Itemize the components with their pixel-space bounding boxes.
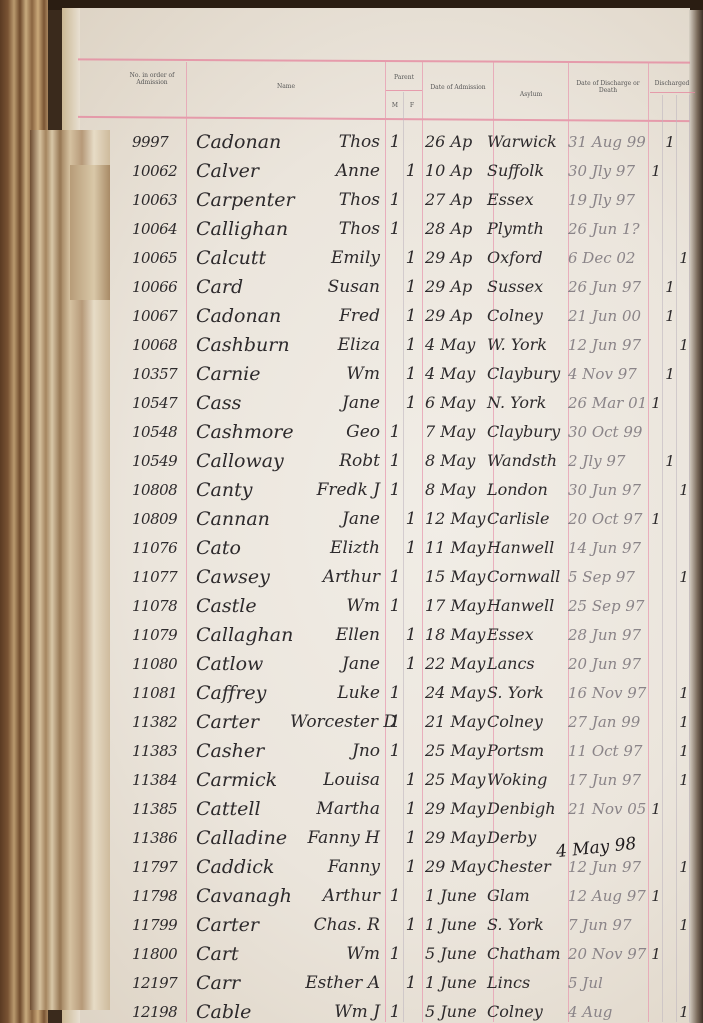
header-date-discharge: Date of Discharge or Death	[570, 80, 646, 94]
admission-date: 8 May	[425, 447, 487, 475]
asylum-from: N. York	[487, 389, 573, 417]
table-row: 10067CadonanFred129 ApColney21 Jun 001	[0, 302, 703, 330]
admission-date: 17 May	[425, 592, 487, 620]
parent-m-mark: 1	[388, 563, 402, 591]
parent-m-mark: 1	[388, 128, 402, 156]
asylum-from: S. York	[487, 911, 573, 939]
header-parent: Parent	[386, 74, 422, 81]
discharged-mark-1: 1	[650, 795, 662, 823]
discharged-mark-3: 1	[678, 766, 690, 794]
admission-date: 4 May	[425, 331, 487, 359]
discharge-date: 27 Jan 99	[568, 708, 648, 736]
discharge-date: 14 Jun 97	[568, 534, 648, 562]
discharge-date: 16 Nov 97	[568, 679, 648, 707]
admission-date: 24 May	[425, 679, 487, 707]
discharged-mark-1: 1	[650, 940, 662, 968]
entry-number: 11081	[132, 679, 196, 707]
admission-date: 11 May	[425, 534, 487, 562]
parent-f-mark: 1	[404, 795, 418, 823]
admission-date: 28 Ap	[425, 215, 487, 243]
admission-date: 25 May	[425, 766, 487, 794]
table-row: 10062CalverAnne110 ApSuffolk30 Jly 971	[0, 157, 703, 185]
table-row: 11080CatlowJane122 MayLancs20 Jun 97	[0, 650, 703, 678]
discharge-date: 30 Oct 99	[568, 418, 648, 446]
parent-f-mark: 1	[404, 824, 418, 852]
discharge-date: 20 Jun 97	[568, 650, 648, 678]
discharge-date: 26 Jun 1?	[568, 215, 648, 243]
discharged-subrule	[650, 92, 695, 93]
entry-number: 10547	[132, 389, 196, 417]
entry-number: 11797	[132, 853, 196, 881]
admission-date: 8 May	[425, 476, 487, 504]
given-name: Fanny	[290, 853, 380, 881]
parent-f-mark: 1	[404, 389, 418, 417]
given-name: Jno	[290, 737, 380, 765]
entry-number: 10063	[132, 186, 196, 214]
discharge-date: 20 Oct 97	[568, 505, 648, 533]
admission-date: 25 May	[425, 737, 487, 765]
admission-date: 22 May	[425, 650, 487, 678]
table-row: 10548CashmoreGeo17 MayClaybury30 Oct 99	[0, 418, 703, 446]
admission-date: 15 May	[425, 563, 487, 591]
entry-number: 11385	[132, 795, 196, 823]
discharge-date: 7 Jun 97	[568, 911, 648, 939]
table-row: 11800CartWm15 JuneChatham20 Nov 971	[0, 940, 703, 968]
parent-m-mark: 1	[388, 882, 402, 910]
entry-number: 11076	[132, 534, 196, 562]
table-row: 11076CatoElizth111 MayHanwell14 Jun 97	[0, 534, 703, 562]
parent-m-mark: 1	[388, 679, 402, 707]
table-row: 10064CallighanThos128 ApPlymth26 Jun 1?	[0, 215, 703, 243]
given-name: Geo	[290, 418, 380, 446]
parent-f-mark: 1	[404, 360, 418, 388]
discharge-date: 26 Jun 97	[568, 273, 648, 301]
asylum-from: Colney	[487, 998, 573, 1023]
header-from: Asylum	[495, 91, 567, 98]
asylum-from: Suffolk	[487, 157, 573, 185]
asylum-from: Lancs	[487, 650, 573, 678]
entry-number: 10065	[132, 244, 196, 272]
table-row: 11799CarterChas. R11 JuneS. York7 Jun 97…	[0, 911, 703, 939]
parent-m-mark: 1	[388, 708, 402, 736]
asylum-from: Woking	[487, 766, 573, 794]
parent-f-mark: 1	[404, 534, 418, 562]
discharge-date: 6 Dec 02	[568, 244, 648, 272]
entry-number: 10066	[132, 273, 196, 301]
discharged-mark-3: 1	[678, 737, 690, 765]
discharged-mark-3: 1	[678, 708, 690, 736]
entry-number: 11080	[132, 650, 196, 678]
entry-number: 11078	[132, 592, 196, 620]
discharge-date: 4 Aug	[568, 998, 648, 1023]
header-parent-m: M	[388, 102, 402, 109]
given-name: Thos	[290, 128, 380, 156]
discharged-mark-3: 1	[678, 998, 690, 1023]
entry-number: 10062	[132, 157, 196, 185]
given-name: Worcester D	[290, 708, 380, 736]
admission-date: 1 June	[425, 882, 487, 910]
discharge-date: 2 Jly 97	[568, 447, 648, 475]
entry-number: 11800	[132, 940, 196, 968]
given-name: Jane	[290, 389, 380, 417]
discharge-date: 12 Jun 97	[568, 331, 648, 359]
discharge-date: 5 Sep 97	[568, 563, 648, 591]
table-row: 11798CavanaghArthur11 JuneGlam12 Aug 971	[0, 882, 703, 910]
given-name: Wm	[290, 360, 380, 388]
given-name: Esther A	[290, 969, 380, 997]
entry-number: 10808	[132, 476, 196, 504]
given-name: Luke	[290, 679, 380, 707]
admission-date: 10 Ap	[425, 157, 487, 185]
table-row: 10066CardSusan129 ApSussex26 Jun 971	[0, 273, 703, 301]
asylum-from: Claybury	[487, 418, 573, 446]
given-name: Jane	[290, 505, 380, 533]
header-name: Name	[188, 83, 384, 90]
discharged-mark-2: 1	[664, 273, 676, 301]
given-name: Arthur	[290, 563, 380, 591]
parent-m-mark: 1	[388, 476, 402, 504]
header-discharged: Discharged	[650, 80, 694, 87]
parent-f-mark: 1	[404, 244, 418, 272]
given-name: Chas. R	[290, 911, 380, 939]
admission-date: 29 May	[425, 853, 487, 881]
asylum-from: Glam	[487, 882, 573, 910]
admission-date: 27 Ap	[425, 186, 487, 214]
table-row: 11079CallaghanEllen118 MayEssex28 Jun 97	[0, 621, 703, 649]
parent-f-mark: 1	[404, 650, 418, 678]
parent-f-mark: 1	[404, 273, 418, 301]
discharged-mark-3: 1	[678, 911, 690, 939]
table-row: 9997CadonanThos126 ApWarwick31 Aug 991	[0, 128, 703, 156]
admission-date: 5 June	[425, 998, 487, 1023]
entry-number: 11077	[132, 563, 196, 591]
given-name: Wm	[290, 592, 380, 620]
discharge-date: 28 Jun 97	[568, 621, 648, 649]
asylum-from: Hanwell	[487, 592, 573, 620]
parent-m-mark: 1	[388, 592, 402, 620]
asylum-from: Colney	[487, 708, 573, 736]
given-name: Thos	[290, 186, 380, 214]
table-row: 10068CashburnEliza14 MayW. York12 Jun 97…	[0, 331, 703, 359]
discharge-date: 11 Oct 97	[568, 737, 648, 765]
admission-date: 4 May	[425, 360, 487, 388]
discharged-mark-3: 1	[678, 853, 690, 881]
asylum-from: Portsm	[487, 737, 573, 765]
asylum-from: Hanwell	[487, 534, 573, 562]
parent-m-mark: 1	[388, 998, 402, 1023]
given-name: Fanny H	[290, 824, 380, 852]
discharged-mark-3: 1	[678, 244, 690, 272]
table-row: 11081CaffreyLuke124 MayS. York16 Nov 971	[0, 679, 703, 707]
table-row: 10549CallowayRobt18 MayWandsth2 Jly 971	[0, 447, 703, 475]
discharge-date: 5 Jul	[568, 969, 648, 997]
discharge-date: 4 Nov 97	[568, 360, 648, 388]
table-row: 12198CableWm J15 JuneColney4 Aug1	[0, 998, 703, 1023]
entry-number: 11798	[132, 882, 196, 910]
discharge-date: 31 Aug 99	[568, 128, 648, 156]
table-row: 10809CannanJane112 MayCarlisle20 Oct 971	[0, 505, 703, 533]
given-name: Arthur	[290, 882, 380, 910]
parent-m-mark: 1	[388, 737, 402, 765]
table-row: 10065CalcuttEmily129 ApOxford6 Dec 021	[0, 244, 703, 272]
parent-f-mark: 1	[404, 853, 418, 881]
given-name: Robt	[290, 447, 380, 475]
discharged-mark-1: 1	[650, 389, 662, 417]
asylum-from: S. York	[487, 679, 573, 707]
given-name: Emily	[290, 244, 380, 272]
discharge-date: 21 Nov 05	[568, 795, 648, 823]
discharge-date: 21 Jun 00	[568, 302, 648, 330]
entry-number: 10064	[132, 215, 196, 243]
admission-date: 18 May	[425, 621, 487, 649]
discharge-date: 17 Jun 97	[568, 766, 648, 794]
entry-number: 10068	[132, 331, 196, 359]
discharge-date: 30 Jly 97	[568, 157, 648, 185]
table-row: 10357CarnieWm14 MayClaybury4 Nov 971	[0, 360, 703, 388]
entry-number: 10809	[132, 505, 196, 533]
admission-date: 29 Ap	[425, 273, 487, 301]
asylum-from: Oxford	[487, 244, 573, 272]
given-name: Eliza	[290, 331, 380, 359]
table-row: 10808CantyFredk J18 MayLondon30 Jun 971	[0, 476, 703, 504]
given-name: Martha	[290, 795, 380, 823]
discharged-mark-3: 1	[678, 476, 690, 504]
given-name: Ellen	[290, 621, 380, 649]
asylum-from: Sussex	[487, 273, 573, 301]
admission-date: 7 May	[425, 418, 487, 446]
parent-f-mark: 1	[404, 766, 418, 794]
discharge-date: 12 Aug 97	[568, 882, 648, 910]
given-name: Fred	[290, 302, 380, 330]
table-row: 11384CarmickLouisa125 MayWoking17 Jun 97…	[0, 766, 703, 794]
table-row: 10063CarpenterThos127 ApEssex19 Jly 97	[0, 186, 703, 214]
discharged-mark-1: 1	[650, 157, 662, 185]
given-name: Elizth	[290, 534, 380, 562]
discharged-mark-3: 1	[678, 679, 690, 707]
admission-date: 5 June	[425, 940, 487, 968]
given-name: Wm	[290, 940, 380, 968]
header-no: No. in order of Admission	[120, 72, 184, 86]
parent-m-mark: 1	[388, 215, 402, 243]
asylum-from: Wandsth	[487, 447, 573, 475]
parent-f-mark: 1	[404, 969, 418, 997]
parent-f-mark: 1	[404, 505, 418, 533]
discharge-date: 25 Sep 97	[568, 592, 648, 620]
discharged-mark-2: 1	[664, 128, 676, 156]
admission-date: 29 May	[425, 795, 487, 823]
asylum-from: W. York	[487, 331, 573, 359]
parent-f-mark: 1	[404, 621, 418, 649]
table-row: 11078CastleWm117 MayHanwell25 Sep 97	[0, 592, 703, 620]
discharged-mark-3: 1	[678, 563, 690, 591]
entry-number: 10067	[132, 302, 196, 330]
admission-date: 21 May	[425, 708, 487, 736]
discharge-date: 30 Jun 97	[568, 476, 648, 504]
entry-number: 11383	[132, 737, 196, 765]
entry-number: 11382	[132, 708, 196, 736]
admission-date: 29 Ap	[425, 244, 487, 272]
given-name: Fredk J	[290, 476, 380, 504]
admission-date: 26 Ap	[425, 128, 487, 156]
given-name: Susan	[290, 273, 380, 301]
entry-number: 11799	[132, 911, 196, 939]
entry-number: 11079	[132, 621, 196, 649]
admission-date: 6 May	[425, 389, 487, 417]
entry-number: 12198	[132, 998, 196, 1023]
given-name: Louisa	[290, 766, 380, 794]
asylum-from: Carlisle	[487, 505, 573, 533]
asylum-from: Denbigh	[487, 795, 573, 823]
parent-f-mark: 1	[404, 157, 418, 185]
discharged-mark-1: 1	[650, 505, 662, 533]
parent-f-mark: 1	[404, 331, 418, 359]
parent-m-mark: 1	[388, 418, 402, 446]
entry-number: 10548	[132, 418, 196, 446]
given-name: Thos	[290, 215, 380, 243]
parent-f-mark: 1	[404, 911, 418, 939]
table-row: 10547CassJane16 MayN. York26 Mar 011	[0, 389, 703, 417]
parent-m-mark: 1	[388, 940, 402, 968]
entry-number: 10549	[132, 447, 196, 475]
parent-m-mark: 1	[388, 186, 402, 214]
discharge-date: 26 Mar 01	[568, 389, 648, 417]
admission-date: 29 Ap	[425, 302, 487, 330]
asylum-from: Essex	[487, 186, 573, 214]
table-row: 11382CarterWorcester D121 MayColney27 Ja…	[0, 708, 703, 736]
discharged-mark-2: 1	[664, 302, 676, 330]
table-row: 12197CarrEsther A11 JuneLincs5 Jul	[0, 969, 703, 997]
entry-number: 11384	[132, 766, 196, 794]
table-row: 11385CattellMartha129 MayDenbigh21 Nov 0…	[0, 795, 703, 823]
discharged-mark-2: 1	[664, 360, 676, 388]
entry-number: 12197	[132, 969, 196, 997]
discharged-mark-2: 1	[664, 447, 676, 475]
table-row: 11077CawseyArthur115 MayCornwall5 Sep 97…	[0, 563, 703, 591]
asylum-from: Plymth	[487, 215, 573, 243]
given-name: Wm J	[290, 998, 380, 1023]
entry-number: 11386	[132, 824, 196, 852]
given-name: Jane	[290, 650, 380, 678]
header-parent-f: F	[405, 102, 419, 109]
asylum-from: Lincs	[487, 969, 573, 997]
discharged-mark-1: 1	[650, 882, 662, 910]
table-row: 11383CasherJno125 MayPortsm11 Oct 971	[0, 737, 703, 765]
parent-subrule	[386, 90, 422, 91]
given-name: Anne	[290, 157, 380, 185]
parent-f-mark: 1	[404, 302, 418, 330]
admission-date: 29 May	[425, 824, 487, 852]
asylum-from: Chatham	[487, 940, 573, 968]
discharge-date: 19 Jly 97	[568, 186, 648, 214]
entry-number: 9997	[132, 128, 196, 156]
asylum-from: Essex	[487, 621, 573, 649]
discharged-mark-3: 1	[678, 331, 690, 359]
asylum-from: London	[487, 476, 573, 504]
header-date-admission: Date of Admission	[424, 84, 492, 91]
asylum-from: Warwick	[487, 128, 573, 156]
asylum-from: Cornwall	[487, 563, 573, 591]
asylum-from: Colney	[487, 302, 573, 330]
admission-date: 1 June	[425, 911, 487, 939]
parent-m-mark: 1	[388, 447, 402, 475]
admission-date: 12 May	[425, 505, 487, 533]
admission-date: 1 June	[425, 969, 487, 997]
asylum-from: Claybury	[487, 360, 573, 388]
discharge-date: 20 Nov 97	[568, 940, 648, 968]
entry-number: 10357	[132, 360, 196, 388]
